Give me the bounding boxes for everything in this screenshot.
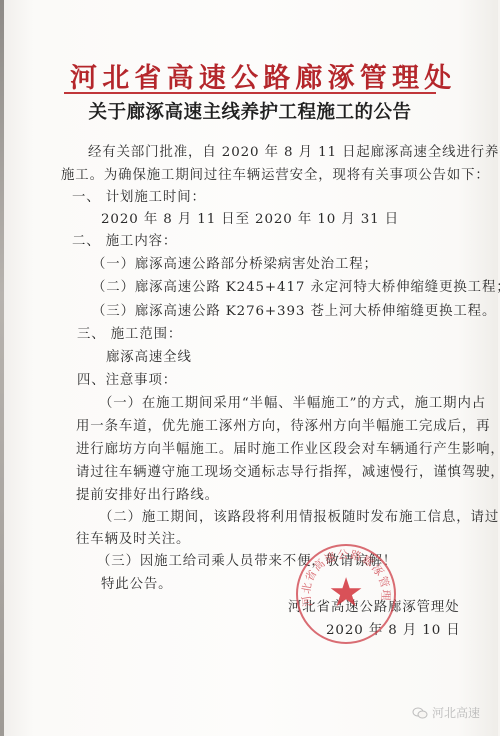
list-item: （一）廊涿高速公路部分桥梁病害处治工程；	[92, 253, 378, 272]
organization-header: 河北省高速公路廊涿管理处	[70, 56, 432, 95]
official-seal: 河北省高速公路廊涿管理处 ★	[296, 544, 396, 644]
closing-line: 特此公告。	[101, 573, 172, 592]
section-heading: 三、 施工范围：	[77, 323, 182, 342]
body-line: 进行廊坊方向半幅施工。届时施工作业区段会对车辆通行产生影响，	[76, 438, 500, 457]
body-line: 廊涿高速全线	[106, 346, 192, 365]
body-line: 请过往车辆遵守施工现场交通标志导行指挥，减速慢行，谨慎驾驶，	[76, 461, 500, 480]
watermark-text: 河北高速	[432, 704, 480, 721]
watermark: 河北高速	[412, 704, 480, 721]
body-line: 提前安排好出行路线。	[76, 484, 219, 503]
body-line: 施工。为确保施工期间过往车辆运营安全，现将有关事项公告如下：	[61, 164, 490, 183]
wechat-icon	[412, 707, 428, 719]
body-line: 2020 年 8 月 11 日至 2020 年 10 月 31 日	[101, 208, 399, 227]
body-line: 往车辆及时关注。	[76, 528, 190, 547]
body-line: 经有关部门批准，自 2020 年 8 月 11 日起廊涿高速全线进行养护	[88, 141, 500, 160]
body-line: 用一条车道，优先施工涿州方向，待涿州方向半幅施工完成后，再	[76, 415, 490, 434]
document-title: 关于廊涿高速主线养护工程施工的公告	[0, 98, 500, 124]
section-heading: 一、 计划施工时间：	[72, 186, 206, 205]
section-heading: 二、 施工内容：	[72, 230, 177, 249]
body-line: （一）在施工期间采用“半幅、半幅施工”的方式，施工期内占	[99, 392, 486, 411]
section-heading: 四、注意事项：	[77, 369, 177, 388]
star-icon: ★	[328, 573, 364, 613]
body-line: （二）施工期间，该路段将利用情报板随时发布施工信息，请过	[99, 506, 499, 525]
header-divider	[64, 92, 436, 94]
list-item: （三）廊涿高速公路 K276+393 苍上河大桥伸缩缝更换工程。	[92, 300, 496, 319]
list-item: （二）廊涿高速公路 K245+417 永定河特大桥伸缩缝更换工程；	[92, 276, 500, 295]
